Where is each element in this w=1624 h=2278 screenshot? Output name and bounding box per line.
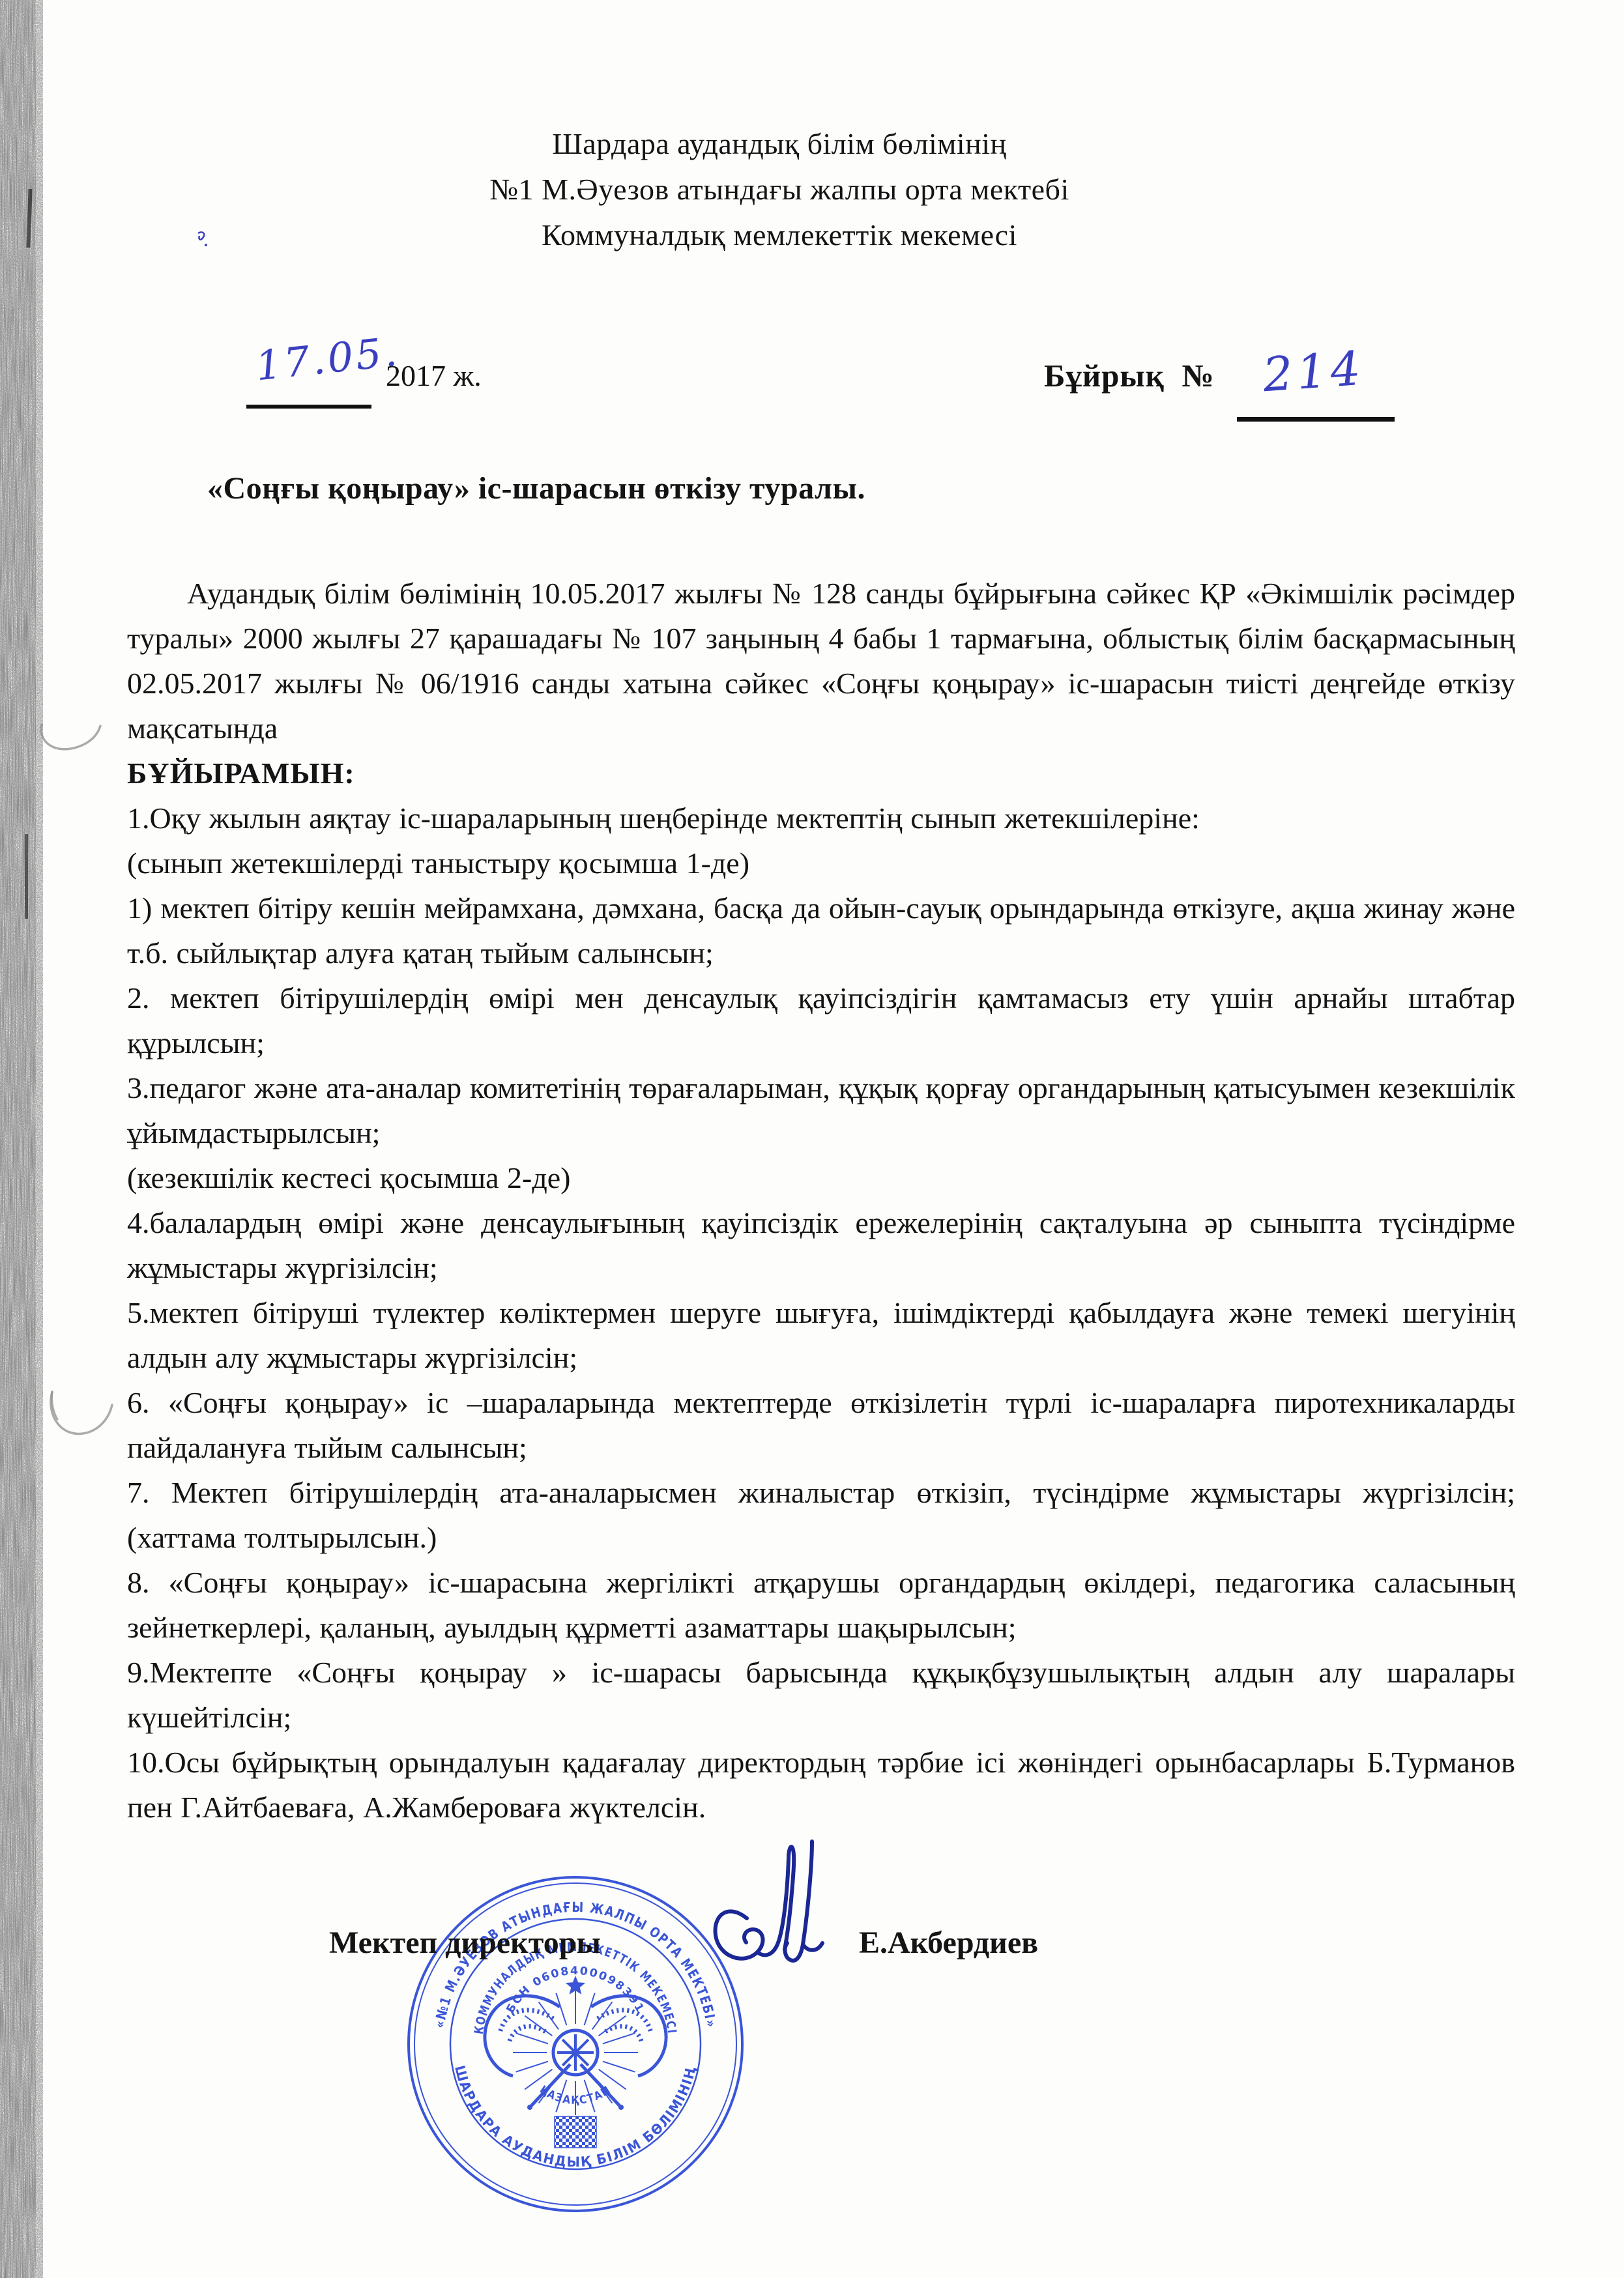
order-number-underline (1237, 417, 1395, 422)
preamble-paragraph: Аудандық білім бөлімінің 10.05.2017 жылғ… (127, 571, 1515, 751)
order-number-label: Бұйрық № (1044, 357, 1215, 394)
scan-curve-artifact (44, 1387, 116, 1449)
order-item: 1.Оқу жылын аяқтау іс-шараларының шеңбер… (127, 796, 1515, 841)
director-signature (684, 1832, 860, 2002)
scanned-order-document: Шардара аудандық білім бөлімінің №1 М.Әу… (0, 0, 1624, 2278)
order-item: 9.Мектепте «Соңғы қоңырау » іс-шарасы ба… (127, 1650, 1515, 1740)
order-item: 8. «Соңғы қоңырау» іс-шарасына жергілікт… (127, 1560, 1515, 1650)
order-item: 3.педагог және ата-аналар комитетінің тө… (127, 1065, 1515, 1155)
scan-curve-artifact (38, 718, 103, 757)
appendix-note: (кезекшілік кестесі қосымша 2-де) (127, 1155, 1515, 1200)
document-body: Аудандық білім бөлімінің 10.05.2017 жылғ… (127, 571, 1515, 1830)
appendix-note: (сынып жетекшілерді таныстыру қосымша 1-… (127, 841, 1515, 886)
document-title: «Соңғы қоңырау» іс-шарасын өткізу туралы… (207, 470, 865, 506)
letterhead-line: Шардара аудандық білім бөлімінің (95, 121, 1464, 167)
scan-streak-artifact (25, 834, 28, 919)
order-item: 10.Осы бұйрықтың орындалуын қадағалау ди… (127, 1740, 1515, 1830)
handwritten-date: 17.05. (254, 328, 402, 390)
order-item: 5.мектеп бітіруші түлектер көліктермен ш… (127, 1290, 1515, 1380)
letterhead-line: Коммуналдық мемлекеттік мекемесі (95, 212, 1464, 258)
letterhead-line: №1 М.Әуезов атындағы жалпы орта мектебі (95, 167, 1464, 212)
signature-role-label: Мектеп директоры (329, 1925, 601, 1961)
scanner-edge-noise (0, 0, 52, 2278)
shanyrak-icon (553, 2030, 598, 2075)
resolution-word: БҰЙЫРАМЫН: (127, 751, 1515, 796)
order-item: 2. мектеп бітірушілердің өмірі мен денса… (127, 975, 1515, 1065)
order-item: 7. Мектеп бітірушілердің ата-аналарысмен… (127, 1470, 1515, 1560)
order-item: 6. «Соңғы қоңырау» іс –шараларында мекте… (127, 1380, 1515, 1470)
date-year: 2017 ж. (386, 358, 482, 393)
order-item: 1) мектеп бітіру кешін мейрамхана, дәмха… (127, 886, 1515, 975)
letterhead: Шардара аудандық білім бөлімінің №1 М.Әу… (95, 121, 1464, 258)
signature-name: Е.Акбердиев (859, 1925, 1038, 1961)
stamp-barcode-block (555, 2116, 596, 2148)
order-item: 4.балалардың өмірі және денсаулығының қа… (127, 1200, 1515, 1290)
handwritten-order-number: 214 (1261, 341, 1366, 403)
date-underline (246, 405, 371, 409)
